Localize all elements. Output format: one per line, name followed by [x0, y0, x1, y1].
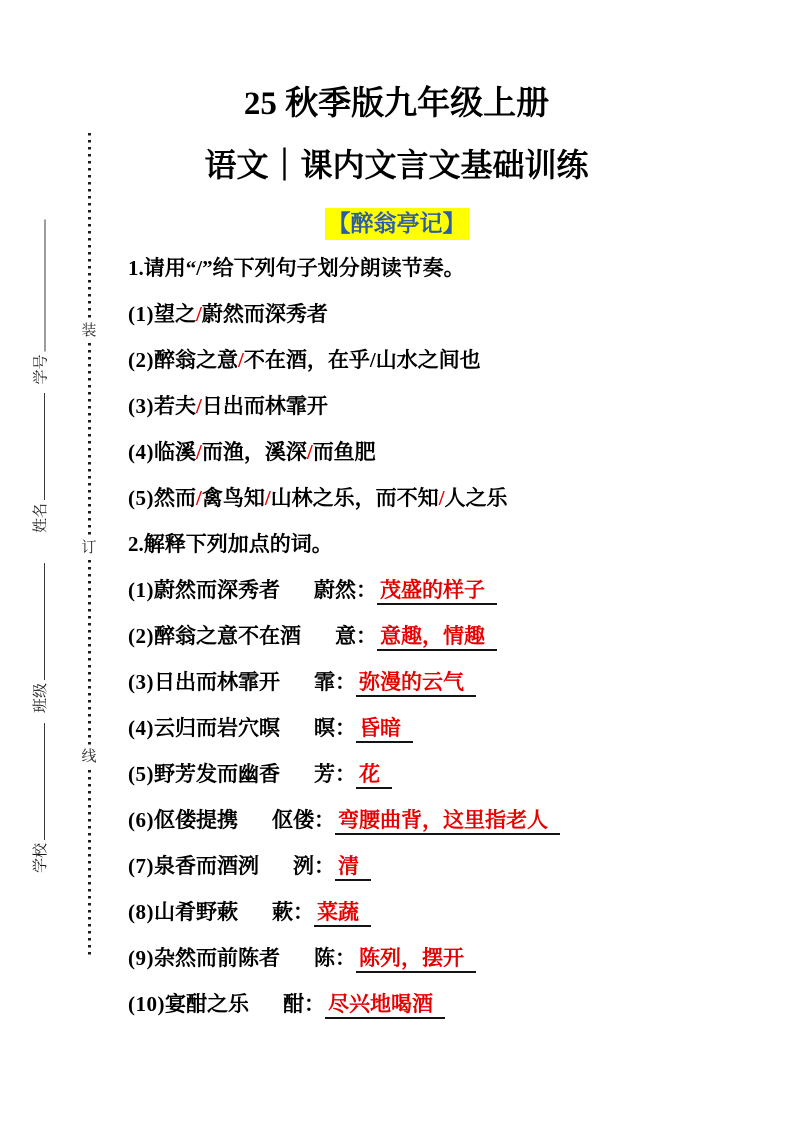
- item-number: (2): [128, 624, 154, 648]
- class-field: 班级: [27, 563, 49, 713]
- sentence-segment: 临溪: [154, 440, 196, 464]
- binding-char-xian: 线: [80, 747, 98, 768]
- q1-item-list: (1)望之/蔚然而深秀者(2)醉翁之意/不在酒，在乎/山水之间也(3)若夫/日出…: [128, 291, 763, 521]
- item-number: (8): [128, 900, 154, 924]
- phrase-text: 宴酣之乐: [165, 992, 249, 1016]
- item-number: (9): [128, 946, 154, 970]
- term-label: 洌：: [293, 854, 335, 878]
- term-label: 蔚然：: [314, 578, 377, 602]
- q2-item: (3)日出而林霏开霏：弥漫的云气: [128, 659, 763, 705]
- q2-item: (8)山肴野蔌蔌：菜蔬: [128, 889, 763, 935]
- questions: 1.请用“/”给下列句子划分朗读节奏。 (1)望之/蔚然而深秀者(2)醉翁之意/…: [128, 245, 763, 1027]
- item-number: (1): [128, 302, 154, 326]
- answer-text: 弯腰曲背，这里指老人: [335, 808, 560, 835]
- phrase-text: 伛偻提携: [154, 808, 238, 832]
- sentence-segment: 望之: [154, 302, 196, 326]
- phrase-text: 醉翁之意不在酒: [154, 624, 301, 648]
- student-name-label: 姓名: [34, 503, 49, 533]
- item-number: (4): [128, 716, 154, 740]
- q1-item: (1)望之/蔚然而深秀者: [128, 291, 763, 337]
- q1-item: (5)然而/禽鸟知/山林之乐，而不知/人之乐: [128, 475, 763, 521]
- phrase-text: 日出而林霏开: [154, 670, 280, 694]
- sentence-segment: 日出而林霏开: [202, 394, 328, 418]
- term-label: 芳：: [314, 762, 356, 786]
- answer-text: 花: [356, 762, 392, 789]
- worksheet-page: 装 订 线 学号 姓名 班级 学校 25 秋季版九年级上册 语文｜课内文言文基础…: [0, 0, 793, 1122]
- phrase-text: 蔚然而深秀者: [154, 578, 280, 602]
- item-number: (1): [128, 578, 154, 602]
- blank-line: [44, 393, 45, 500]
- school-label: 学校: [34, 843, 49, 873]
- item-number: (7): [128, 854, 154, 878]
- binding-char-ding: 订: [80, 538, 98, 559]
- q2-heading: 2.解释下列加点的词。: [128, 521, 763, 567]
- student-number-label: 学号: [35, 354, 50, 384]
- sentence-segment: 山林之乐，而不知: [271, 486, 439, 510]
- blank-line: [44, 563, 45, 680]
- item-number: (4): [128, 440, 154, 464]
- q2-item: (7)泉香而酒洌洌：清: [128, 843, 763, 889]
- term-label: 蔌：: [272, 900, 314, 924]
- term-label: 意：: [335, 624, 377, 648]
- q2-item-list: (1)蔚然而深秀者蔚然：茂盛的样子(2)醉翁之意不在酒意：意趣，情趣(3)日出而…: [128, 567, 763, 1027]
- sentence-segment: 若夫: [154, 394, 196, 418]
- item-number: (5): [128, 762, 154, 786]
- term-label: 酣：: [283, 992, 325, 1016]
- item-number: (5): [128, 486, 154, 510]
- answer-text: 清: [335, 854, 371, 881]
- item-number: (3): [128, 394, 154, 418]
- student-number-field: 学号: [28, 220, 50, 385]
- q2-item: (10)宴酣之乐酣：尽兴地喝酒: [128, 981, 763, 1027]
- page-title-line1: 25 秋季版九年级上册: [0, 86, 793, 122]
- sentence-segment: 不在酒，在乎: [244, 348, 370, 372]
- sentence-segment: 蔚然而深秀者: [202, 302, 328, 326]
- sentence-segment: 山水之间也: [376, 348, 481, 372]
- student-name-field: 姓名: [27, 393, 49, 533]
- q2-item: (2)醉翁之意不在酒意：意趣，情趣: [128, 613, 763, 659]
- q2-item: (1)蔚然而深秀者蔚然：茂盛的样子: [128, 567, 763, 613]
- q2-item: (4)云归而岩穴暝暝：昏暗: [128, 705, 763, 751]
- sentence-segment: 人之乐: [445, 486, 508, 510]
- sentence-segment: 而渔，溪深: [202, 440, 307, 464]
- phrase-text: 野芳发而幽香: [154, 762, 280, 786]
- binding-char-zhuang: 装: [80, 321, 98, 342]
- answer-text: 尽兴地喝酒: [325, 992, 445, 1019]
- section-header-row: 【醉翁亭记】: [0, 208, 793, 240]
- phrase-text: 云归而岩穴暝: [154, 716, 280, 740]
- school-field: 学校: [27, 723, 49, 873]
- q2-item: (6)伛偻提携伛偻：弯腰曲背，这里指老人: [128, 797, 763, 843]
- sentence-segment: 禽鸟知: [202, 486, 265, 510]
- answer-text: 昏暗: [356, 716, 413, 743]
- q1-item: (2)醉翁之意/不在酒，在乎/山水之间也: [128, 337, 763, 383]
- answer-text: 陈列，摆开: [356, 946, 476, 973]
- term-label: 暝：: [314, 716, 356, 740]
- term-label: 霏：: [314, 670, 356, 694]
- phrase-text: 山肴野蔌: [154, 900, 238, 924]
- term-label: 陈：: [314, 946, 356, 970]
- term-label: 伛偻：: [272, 808, 335, 832]
- phrase-text: 杂然而前陈者: [154, 946, 280, 970]
- q1-item: (3)若夫/日出而林霏开: [128, 383, 763, 429]
- q1-item: (4)临溪/而渔，溪深/而鱼肥: [128, 429, 763, 475]
- sentence-segment: 然而: [154, 486, 196, 510]
- sentence-segment: 而鱼肥: [313, 440, 376, 464]
- phrase-text: 泉香而酒洌: [154, 854, 259, 878]
- item-number: (10): [128, 992, 165, 1016]
- answer-text: 茂盛的样子: [377, 578, 497, 605]
- q2-item: (9)杂然而前陈者陈：陈列，摆开: [128, 935, 763, 981]
- item-number: (2): [128, 348, 154, 372]
- page-title-line2: 语文｜课内文言文基础训练: [0, 148, 793, 183]
- blank-line: [44, 723, 45, 840]
- item-number: (3): [128, 670, 154, 694]
- answer-text: 菜蔬: [314, 900, 371, 927]
- section-header-badge: 【醉翁亭记】: [325, 208, 469, 240]
- answer-text: 弥漫的云气: [356, 670, 476, 697]
- q2-item: (5)野芳发而幽香芳：花: [128, 751, 763, 797]
- q1-heading: 1.请用“/”给下列句子划分朗读节奏。: [128, 245, 763, 291]
- answer-text: 意趣，情趣: [377, 624, 497, 651]
- sentence-segment: 醉翁之意: [154, 348, 238, 372]
- class-label: 班级: [34, 683, 49, 713]
- item-number: (6): [128, 808, 154, 832]
